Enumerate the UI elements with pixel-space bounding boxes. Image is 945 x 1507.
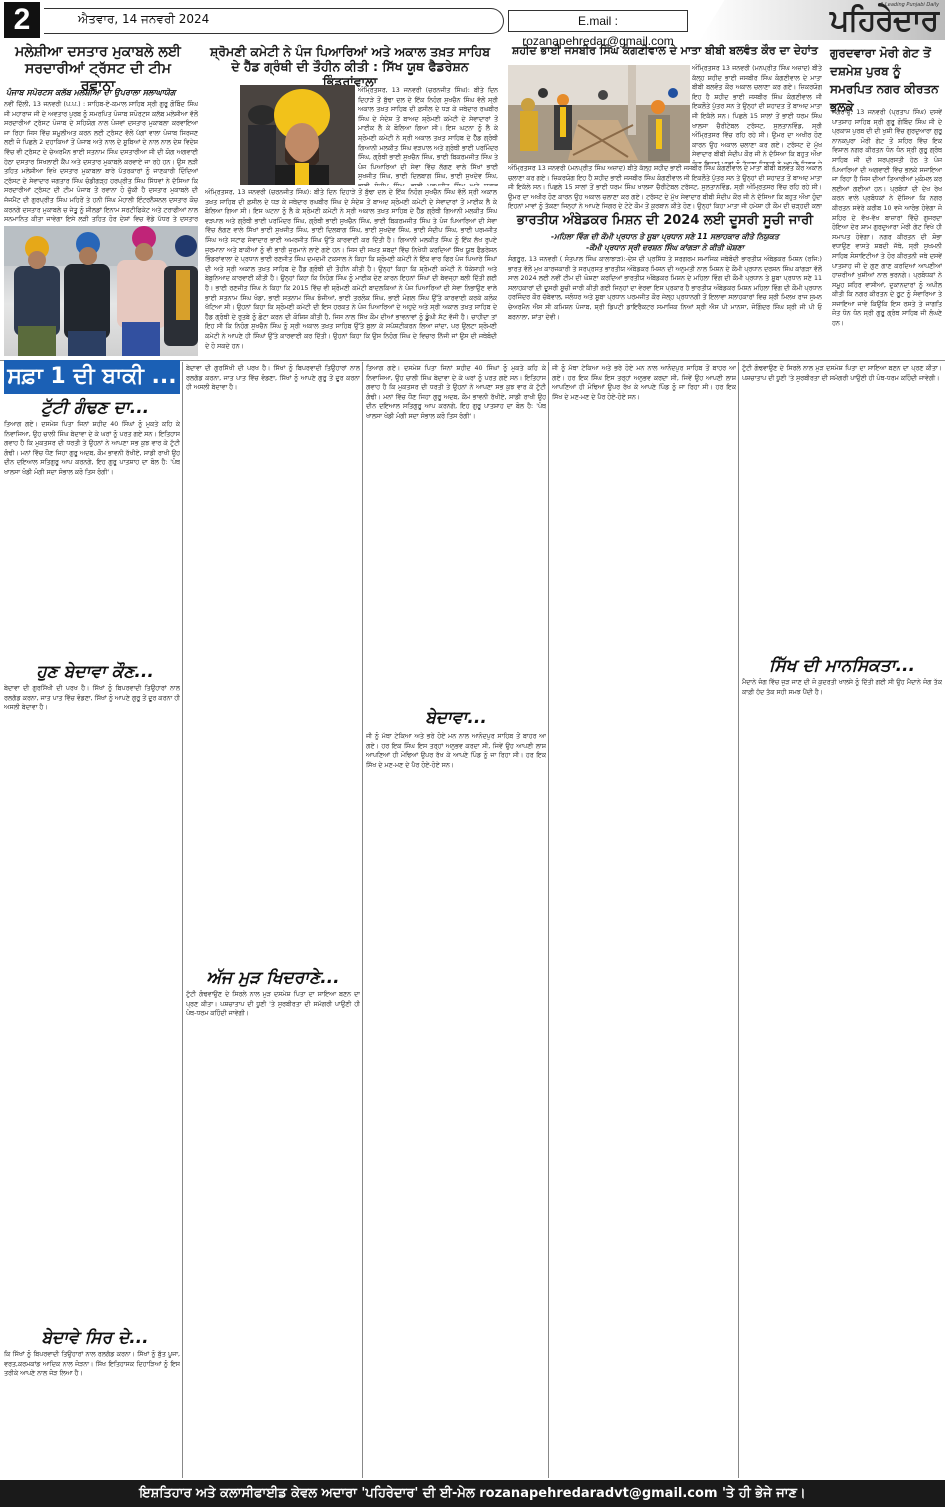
subhead-malaysia: ਪੰਜਾਬ ਸਪੋਰਟਸ ਕਲੱਬ ਮਲੇਸ਼ੀਆ ਦਾ ਉਪਰਾਲਾ ਸਲਾਘ…	[6, 88, 196, 98]
page-number: 2	[4, 2, 40, 38]
section-body-ajj-mud: ਟੁੱਟੀ ਗੰਢਵਾਉਣ ਦੇ ਸਿਰਲੇ ਨਾਲ ਮੁੜ ਦਸਮੇਸ਼ ਪਿ…	[186, 990, 360, 1476]
column-4-text: ਜੀ ਨੂੰ ਮੱਥਾ ਟੇਕਿਆ ਅਤੇ ਭਰੇ ਹੋਏ ਮਨ ਨਾਲ ਆਨੰ…	[552, 364, 736, 1476]
section-body-hun-bedava: ਬੇਦਾਵਾ ਦੀ ਗੁਰਸਿੱਖੀ ਦੀ ਪਰਖ ਹੈ। ਸਿੱਖਾਂ ਨੂੰ…	[4, 684, 180, 1324]
column-3-text: ਤਿਆਗ ਗਏ। ਦਸਮੇਸ਼ ਪਿਤਾ ਜਿਨਾਂ ਸ਼ਹੀਦ 40 ਸਿੰਘ…	[366, 364, 546, 704]
subhead-ambedkar-1: -ਮਹਿਲਾ ਵਿੰਗ ਦੀ ਕੌਮੀ ਪ੍ਰਧਾਨ ਤੇ ਸੂਬਾ ਪ੍ਰਧਾ…	[505, 232, 825, 242]
section-heading-ajj-mud: ਅੱਜ ਮੁੜ ਖਿਦਰਾਣੇ...	[186, 968, 360, 988]
photo-youth-leader	[240, 85, 355, 185]
body-malaysia: ਨਵੀਂ ਦਿੱਲੀ, 13 ਜਨਵਰੀ (ਪ.ਪ.) : ਸਾਹਿਬ-ਏ-ਕਮ…	[4, 100, 198, 224]
subhead-ambedkar-2: -ਕੌਮੀ ਪ੍ਰਧਾਨ ਸ੍ਰੀ ਦਰਸ਼ਨ ਸਿੰਘ ਕਾਂਗੜਾ ਨੇ ਕ…	[505, 243, 825, 253]
headline-shiromani: ਸ਼੍ਰੋਮਣੀ ਕਮੇਟੀ ਨੇ ਪੰਜ ਪਿਆਰਿਆਂ ਅਤੇ ਅਕਾਲ ਤ…	[205, 44, 495, 89]
newspaper-logo: ਪਹਿਰੇਦਾਰ	[830, 3, 938, 38]
section-body-bedave-sir: ਕਿ ਸਿੱਖਾਂ ਨੂੰ ਬਿਪਰਵਾਦੀ ਤਿਉਹਾਰਾਂ ਨਾਲ ਰਲਗੱ…	[4, 1350, 180, 1476]
body-ambedkar: ਸੰਗਰੂਰ, 13 ਜਨਵਰੀ ( ਸੰਤਪਾਲ ਸਿੰਘ ਕਾਲਾਝਾੜ):…	[508, 255, 822, 355]
section-heading-bedave-sir: ਬੇਦਾਵੇ ਸਿਰ ਦੇ...	[10, 1328, 180, 1348]
masthead: 2 ਐਤਵਾਰ, 14 ਜਨਵਰੀ 2024 E.mail : rozanape…	[0, 0, 945, 40]
section-heading-tutti: ਟੁੱਟੀ ਗੰਢਣ ਦਾ...	[10, 398, 180, 418]
headline-ambedkar: ਭਾਰਤੀਯ ਅੰਬੇਡਕਰ ਮਿਸ਼ਨ ਦੀ 2024 ਲਈ ਦੂਸਰੀ ਸੂ…	[505, 213, 825, 229]
headline-malaysia: ਮਲੇਸ਼ੀਆ ਦਸਤਾਰ ਮੁਕਾਬਲੇ ਲਈ ਸਰਦਾਰੀਆਂ ਟ੍ਰੱਸਟ…	[8, 44, 188, 94]
body-shiromani: ਅੰਮ੍ਰਿਤਸਰ, 13 ਜਨਵਰੀ (ਚਰਨਜੀਤ ਸਿੰਘ): ਬੀਤੇ …	[358, 86, 498, 186]
issue-date: ਐਤਵਾਰ, 14 ਜਨਵਰੀ 2024	[78, 12, 209, 27]
column-5-text: ਟੁੱਟੀ ਗੰਢਵਾਉਣ ਦੇ ਸਿਰਲੇ ਨਾਲ ਮੁੜ ਦਸਮੇਸ਼ ਪਿ…	[742, 364, 942, 650]
section-heading-sikh-mansikta: ਸਿੱਖ ਦੀ ਮਾਨਸਿਕਤਾ...	[742, 656, 942, 676]
body-kanganiwal: ਅੰਮ੍ਰਿਤਸਰ 13 ਜਨਵਰੀ (ਮਨਪ੍ਰੀਤ ਸਿੰਘ ਅਜ਼ਾਦ) …	[692, 64, 822, 164]
body-kanganiwal-cont: ਅੰਮ੍ਰਿਤਸਰ 13 ਜਨਵਰੀ (ਮਨਪ੍ਰੀਤ ਸਿੰਘ ਅਜ਼ਾਦ) …	[508, 164, 822, 212]
body-nagar-kirtan: ਜਗਰਾਉਂ, 13 ਜਨਵਰੀ (ਪ੍ਰਤਾਪ ਸਿੰਘ) ਦਸਵੇਂ ਪਾਤ…	[832, 108, 942, 358]
tagline: A Leading Punjabi Daily	[880, 2, 939, 8]
headline-kanganiwal: ਸ਼ਹੀਦ ਭਾਈ ਜਸਬੀਰ ਸਿੰਘ ਕੰਗਣੀਵਾਲ ਦੇ ਮਾਤਾ ਬੀ…	[505, 44, 825, 57]
column-rule	[548, 362, 549, 1478]
section-body-tutti: ਤਿਆਗ ਗਏ। ਦਸਮੇਸ਼ ਪਿਤਾ ਜਿਨਾਂ ਸ਼ਹੀਦ 40 ਸਿੰਘ…	[4, 420, 180, 660]
section-body-sikh-mansikta: ਮੈਦਾਨੇ ਜੰਗ ਵਿੱਚ ਜੁੜ ਜਾਣ ਦੀ ਜੋ ਕੁਦਰਤੀ ਖਾਲ…	[742, 678, 942, 1476]
headline-nagar-kirtan: ਗੁਰਦਵਾਰਾ ਮੋਰੀ ਗੇਟ ਤੋਂ ਦਸ਼ਮੇਸ਼ ਪੁਰਬ ਨੂੰ ਸ…	[830, 44, 945, 116]
section-heading-bedava: ਬੇਦਾਵਾ...	[366, 708, 546, 728]
section-heading-hun-bedava: ਹੁਣ ਬੇਦਾਵਾ ਕੌਣ...	[10, 662, 180, 682]
section-body-bedava: ਜੀ ਨੂੰ ਮੱਥਾ ਟੇਕਿਆ ਅਤੇ ਭਰੇ ਹੋਏ ਮਨ ਨਾਲ ਆਨੰ…	[366, 732, 546, 1476]
footer-ad-notice: ਇਸ਼ਤਿਹਾਰ ਅਤੇ ਕਲਾਸੀਫਾਈਡ ਕੇਵਲ ਅਦਾਰਾ 'ਪਹਿਰੇ…	[0, 1480, 945, 1507]
body-shiromani-cont: ਅੰਮ੍ਰਿਤਸਰ, 13 ਜਨਵਰੀ (ਚਰਨਜੀਤ ਸਿੰਘ): ਬੀਤੇ …	[205, 188, 497, 354]
column-rule	[362, 362, 363, 1478]
column-rule	[738, 362, 739, 1478]
column-rule	[182, 362, 183, 1478]
photo-cremation	[508, 65, 690, 163]
email-box[interactable]: E.mail : rozanapehredar@gmail.com	[508, 10, 688, 32]
continued-banner: ਸਫ਼ਾ 1 ਦੀ ਬਾਕੀ ...	[4, 360, 180, 394]
column-2-text: ਬੇਦਾਵਾ ਦੀ ਗੁਰਸਿੱਖੀ ਦੀ ਪਰਖ ਹੈ। ਸਿੱਖਾਂ ਨੂੰ…	[186, 364, 360, 960]
photo-trust-team	[4, 226, 198, 356]
